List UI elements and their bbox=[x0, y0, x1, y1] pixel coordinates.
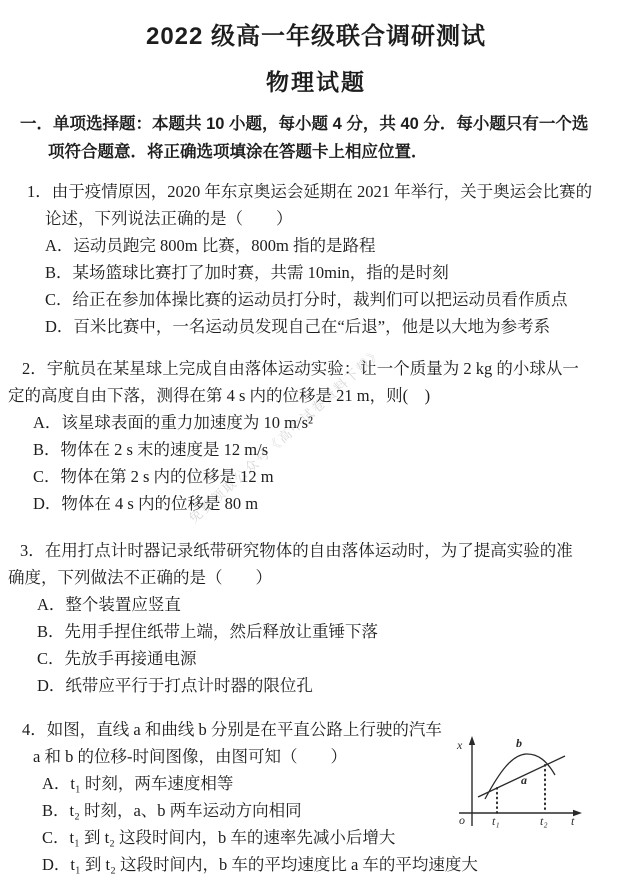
question-3-option-a: A．整个装置应竖直 bbox=[37, 591, 632, 618]
question-3-option-c: C．先放手再接通电源 bbox=[37, 645, 632, 672]
question-1-option-d: D．百米比赛中，一名运动员发现自己在“后退”，他是以大地为参考系 bbox=[45, 313, 632, 340]
section-instructions-line-2: 项符合题意．将正确选项填涂在答题卡上相应位置． bbox=[48, 139, 632, 167]
question-4: 4．如图，直线 a 和曲线 b 分别是在平直公路上行驶的汽车 a 和 b 的位移… bbox=[0, 716, 632, 878]
question-1-option-c: C．给正在参加体操比赛的运动员打分时，裁判们可以把运动员看作质点 bbox=[45, 286, 632, 313]
t-axis-arrow bbox=[573, 810, 582, 816]
question-2-stem-line-2: 定的高度自由下落，测得在第 4 s 内的位移是 21 m，则( ) bbox=[8, 382, 632, 409]
t1-tick-label: t₁ bbox=[492, 814, 500, 828]
curve-b-label: b bbox=[516, 736, 522, 750]
question-2-option-d: D．物体在 4 s 内的位移是 80 m bbox=[33, 490, 632, 517]
question-1-option-b: B．某场篮球比赛打了加时赛，共需 10min，指的是时刻 bbox=[45, 259, 632, 286]
section-instructions: 一．单项选择题：本题共 10 小题，每小题 4 分，共 40 分．每小题只有一个… bbox=[0, 111, 632, 166]
question-1-stem-line-2: 论述，下列说法正确的是（ ） bbox=[45, 205, 632, 232]
question-3-stem-line-2: 确度，下列做法不正确的是（ ） bbox=[8, 564, 632, 591]
curve-b bbox=[485, 754, 555, 799]
paper-subtitle: 物理试题 bbox=[0, 66, 632, 98]
x-axis-arrow bbox=[469, 736, 475, 745]
question-3-option-d: D．纸带应平行于打点计时器的限位孔 bbox=[37, 672, 632, 699]
question-3-option-b: B．先用手捏住纸带上端，然后释放让重锤下落 bbox=[37, 618, 632, 645]
t-axis-label: t bbox=[571, 814, 575, 828]
question-2: 2．宇航员在某星球上完成自由落体运动实验：让一个质量为 2 kg 的小球从一 定… bbox=[0, 355, 632, 517]
question-2-option-c: C．物体在第 2 s 内的位移是 12 m bbox=[33, 463, 632, 490]
line-a-label: a bbox=[521, 773, 527, 787]
displacement-time-graph: x o t₁ t₂ t b a bbox=[452, 729, 630, 861]
question-3: 3．在用打点计时器记录纸带研究物体的自由落体运动时，为了提高实验的准 确度，下列… bbox=[0, 537, 632, 699]
t2-tick-label: t₂ bbox=[540, 814, 548, 828]
question-2-option-a: A．该星球表面的重力加速度为 10 m/s² bbox=[33, 409, 632, 436]
question-2-option-b: B．物体在 2 s 末的速度是 12 m/s bbox=[33, 436, 632, 463]
x-axis-label: x bbox=[456, 738, 463, 752]
page-title: 2022 级高一年级联合调研测试 bbox=[0, 20, 632, 54]
question-1-stem-line-1: 1．由于疫情原因，2020 年东京奥运会延期在 2021 年举行，关于奥运会比赛… bbox=[27, 178, 632, 205]
exam-paper: 免费领取公众号《高中试卷资料下载》 2022 级高一年级联合调研测试 物理试题 … bbox=[0, 0, 632, 878]
origin-label: o bbox=[459, 813, 465, 827]
section-instructions-line-1: 一．单项选择题：本题共 10 小题，每小题 4 分，共 40 分．每小题只有一个… bbox=[20, 111, 632, 139]
question-1-option-a: A．运动员跑完 800m 比赛，800m 指的是路程 bbox=[45, 232, 632, 259]
question-1: 1．由于疫情原因，2020 年东京奥运会延期在 2021 年举行，关于奥运会比赛… bbox=[0, 178, 632, 340]
question-3-stem-line-1: 3．在用打点计时器记录纸带研究物体的自由落体运动时，为了提高实验的准 bbox=[20, 537, 632, 564]
question-2-stem-line-1: 2．宇航员在某星球上完成自由落体运动实验：让一个质量为 2 kg 的小球从一 bbox=[22, 355, 632, 382]
